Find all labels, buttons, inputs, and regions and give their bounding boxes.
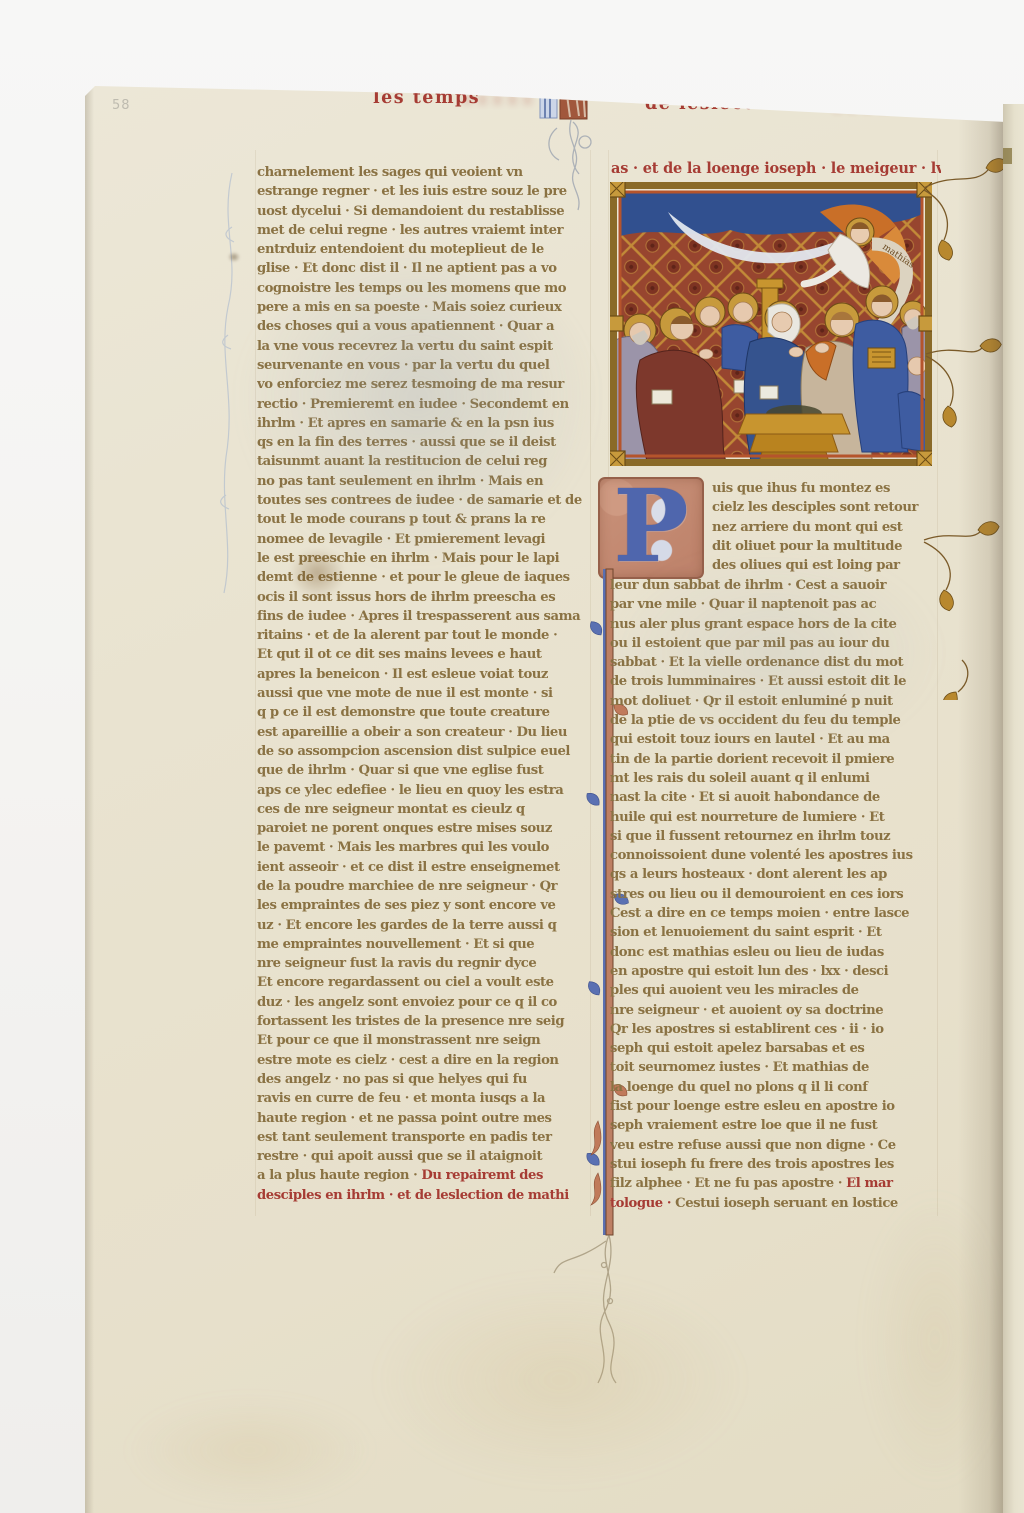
text-line: vo enforciez me serez tesmoing de ma res… bbox=[257, 375, 591, 394]
text-line: aussi que vne mote de nue il est monte ·… bbox=[257, 684, 591, 703]
text-line: donc est mathias esleu ou lieu de iudas bbox=[610, 943, 938, 962]
text-line: demt de estienne · et pour le gleue de i… bbox=[257, 568, 591, 587]
text-line: charnelement les sages qui veoient vn bbox=[257, 163, 591, 182]
book-icon bbox=[760, 386, 778, 399]
text-line: Et qut il ot ce dit ses mains levees e h… bbox=[257, 645, 591, 664]
text-line: des oliues qui est loing par bbox=[712, 556, 938, 575]
text-line: uis que ihus fu montez es bbox=[712, 479, 938, 498]
text-line: ocis il sont issus hors de ihrlm preesch… bbox=[257, 588, 591, 607]
show-through-smudge bbox=[833, 102, 911, 113]
text-line: toutes ses contrees de iudee · de samari… bbox=[257, 491, 591, 510]
text-line: filz alphee · Et ne fu pas apostre · El … bbox=[610, 1174, 938, 1193]
text-line: glise · Et donc dist il · Il ne aptient … bbox=[257, 259, 591, 278]
text-line: toit seurnomez iustes · Et mathias de bbox=[610, 1058, 938, 1077]
text-line: haute region · et ne passa point outre m… bbox=[257, 1109, 591, 1128]
text-line: est apareillie a obeir a son createur · … bbox=[257, 723, 591, 742]
text-line: fins de iudee · Apres il trespasserent a… bbox=[257, 607, 591, 626]
text-line: Et encore regardassent ou ciel a voult e… bbox=[257, 973, 591, 992]
text-line: rectio · Premieremt en iudee · Secondemt… bbox=[257, 395, 591, 414]
text-line: estre mote es cielz · cest a dire en la … bbox=[257, 1051, 591, 1070]
manuscript-page: 58 les temps de leslection mathias charn… bbox=[85, 78, 1006, 1513]
text-line: huile qui est nourreture de lumiere · Et bbox=[610, 808, 938, 827]
text-line: entrduiz entendoient du moteplieut de le bbox=[257, 240, 591, 259]
text-line: seurvenante en vous · par la vertu du qu… bbox=[257, 356, 591, 375]
text-column-right-beside-initial: uis que ihus fu montez escielz les desci… bbox=[712, 479, 938, 576]
text-line: nez arriere du mont qui est bbox=[712, 518, 938, 537]
text-line: fortassent les tristes de la presence nr… bbox=[257, 1012, 591, 1031]
text-line: mot doliuet · Qr il estoit enluminé p nu… bbox=[610, 692, 938, 711]
text-line: qs a leurs hosteaux · dont alerent les a… bbox=[610, 865, 938, 884]
text-line: seph vraiement estre loe que il ne fust bbox=[610, 1116, 938, 1135]
text-line: ihrlm · Et apres en samarie & en la psn … bbox=[257, 414, 591, 433]
text-line: des angelz · no pas si que helyes qui fu bbox=[257, 1070, 591, 1089]
stain bbox=[130, 1400, 370, 1500]
miniature-election-of-mathias: mathias bbox=[610, 182, 932, 466]
text-line: la vne vous recevrez la vertu du saint e… bbox=[257, 337, 591, 356]
stain bbox=[870, 1200, 1000, 1480]
text-line: tologue · Cestui ioseph seruant en losti… bbox=[610, 1194, 938, 1213]
text-line: de la ptie de vs occident du feu du temp… bbox=[610, 711, 938, 730]
text-line: dit oliuet pour la multitude bbox=[712, 537, 938, 556]
text-line: connoissoient dune volenté les apostres … bbox=[610, 846, 938, 865]
text-line: ravis en curre de feu · et monta iusqs a… bbox=[257, 1089, 591, 1108]
gold-book-icon bbox=[868, 348, 895, 368]
text-line: le est preeschie en ihrlm · Mais pour le… bbox=[257, 549, 591, 568]
text-line: aps ce ylec edefiee · le lieu en quoy le… bbox=[257, 781, 591, 800]
text-line: pere a mis en sa poeste · Mais soiez cur… bbox=[257, 298, 591, 317]
text-column-right: leur dun sabbat de ihrlm · Cest a sauoir… bbox=[610, 576, 938, 1216]
text-line: nre seigneur fust la ravis du regnir dyc… bbox=[257, 954, 591, 973]
text-line: desciples en ihrlm · et de leslection de… bbox=[257, 1186, 591, 1205]
text-line: tout le mode courans p tout & prans la r… bbox=[257, 510, 591, 529]
text-column-left: charnelement les sages qui veoient vnest… bbox=[257, 163, 591, 1209]
text-line: est tant seulement transporte en padis t… bbox=[257, 1128, 591, 1147]
show-through-smudge bbox=[463, 94, 535, 105]
pen-flourish-tail bbox=[554, 1235, 616, 1383]
text-line: q p ce il est demonstre que toute creatu… bbox=[257, 703, 591, 722]
text-line: apres la beneicon · Il est esleue voiat … bbox=[257, 665, 591, 684]
text-line: de la poudre marchiee de nre seigneur · … bbox=[257, 877, 591, 896]
text-line: veu estre refuse aussi que non digne · C… bbox=[610, 1136, 938, 1155]
miniature-rubric: as · et de la loenge ioseph · le meigeur… bbox=[611, 160, 941, 177]
book-icon bbox=[652, 390, 672, 404]
text-line: nast la cite · Et si auoit habondance de bbox=[610, 788, 938, 807]
text-line: uost dycelui · Si demandoient du restabl… bbox=[257, 202, 591, 221]
text-line: restre · qui apoit aussi que se il ataig… bbox=[257, 1147, 591, 1166]
text-line: Qr les apostres si establirent ces · ii … bbox=[610, 1020, 938, 1039]
facing-page-decoration-sliver bbox=[1003, 148, 1012, 164]
text-line: no pas tant seulement en ihrlm · Mais en bbox=[257, 472, 591, 491]
text-line: Et pour ce que il monstrassent nre seign bbox=[257, 1031, 591, 1050]
text-line: cielz les desciples sont retour bbox=[712, 498, 938, 517]
text-line: la loenge du quel no plons q il li conf bbox=[610, 1078, 938, 1097]
text-line: les empraintes de ses piez y sont encore… bbox=[257, 896, 591, 915]
text-line: en apostre qui estoit lun des · lxx · de… bbox=[610, 962, 938, 981]
text-line: qui estoit touz iours en lautel · Et au … bbox=[610, 730, 938, 749]
text-line: cognoistre les temps ou les momens que m… bbox=[257, 279, 591, 298]
text-line: mt les rais du soleil auant q il enlumi bbox=[610, 769, 938, 788]
text-line: taisunmt auant la restitucion de celui r… bbox=[257, 452, 591, 471]
text-line: nomee de levagile · Et pmierement levagi bbox=[257, 530, 591, 549]
text-line: de trois lumminaires · Et aussi estoit d… bbox=[610, 672, 938, 691]
text-line: paroiet ne porent onques estre mises sou… bbox=[257, 819, 591, 838]
text-line: ces de nre seigneur montat es cieulz q bbox=[257, 800, 591, 819]
text-line: des choses qui a vous apatiennent · Quar… bbox=[257, 317, 591, 336]
text-line: le pavemt · Mais les marbres qui les vou… bbox=[257, 838, 591, 857]
photograph-backdrop: { "page": { "folio_pencil": "58", "heade… bbox=[0, 0, 1024, 1513]
text-line: que de ihrlm · Quar si que vne eglise fu… bbox=[257, 761, 591, 780]
text-line: a la plus haute region · Du repairemt de… bbox=[257, 1166, 591, 1185]
text-line: sion et lenuoiement du saint esprit · Et bbox=[610, 923, 938, 942]
text-line: ples qui auoient veu les miracles de bbox=[610, 981, 938, 1000]
text-line: me empraintes nouvellement · Et si que bbox=[257, 935, 591, 954]
text-line: nus aler plus grant espace hors de la ci… bbox=[610, 615, 938, 634]
illuminated-initial-p: P bbox=[598, 477, 704, 579]
text-line: ritains · et de la alerent par tout le m… bbox=[257, 626, 591, 645]
text-line: uz · Et encore les gardes de la terre au… bbox=[257, 916, 591, 935]
folio-number: 58 bbox=[112, 98, 131, 113]
text-line: de so assompcion ascension dist sulpice … bbox=[257, 742, 591, 761]
text-line: sabbat · Et la vielle ordenance dist du … bbox=[610, 653, 938, 672]
text-line: Cest a dire en ce temps moien · entre la… bbox=[610, 904, 938, 923]
text-line: tin de la partie dorient recevoit il pmi… bbox=[610, 750, 938, 769]
text-line: nre seigneur · et auoient oy sa doctrine bbox=[610, 1001, 938, 1020]
text-line: met de celui regne · les autres vraiemt … bbox=[257, 221, 591, 240]
text-line: stui ioseph fu frere des trois apostres … bbox=[610, 1155, 938, 1174]
text-line: qs en la fin des terres · aussi que se i… bbox=[257, 433, 591, 452]
text-line: fist pour loenge estre esleu en apostre … bbox=[610, 1097, 938, 1116]
text-line: ou il estoient que par mil pas au iour d… bbox=[610, 634, 938, 653]
blue-pen-marginalia bbox=[208, 165, 260, 605]
text-line: si que il fussent retournez en ihrlm tou… bbox=[610, 827, 938, 846]
text-line: seph qui estoit apelez barsabas et es bbox=[610, 1039, 938, 1058]
text-line: ient asseoir · et ce dist il estre ensei… bbox=[257, 858, 591, 877]
pillar-capital bbox=[757, 279, 783, 288]
running-header-right: de leslection mathias bbox=[645, 94, 886, 114]
text-line: leur dun sabbat de ihrlm · Cest a sauoir bbox=[610, 576, 938, 595]
text-line: duz · les angelz sont envoiez pour ce q … bbox=[257, 993, 591, 1012]
text-line: par vne mile · Quar il naptenoit pas ac bbox=[610, 595, 938, 614]
facing-page-edge bbox=[1003, 104, 1024, 1513]
text-line: estrange regner · et les iuis estre souz… bbox=[257, 182, 591, 201]
text-line: stres ou lieu ou il demouroient en ces i… bbox=[610, 885, 938, 904]
